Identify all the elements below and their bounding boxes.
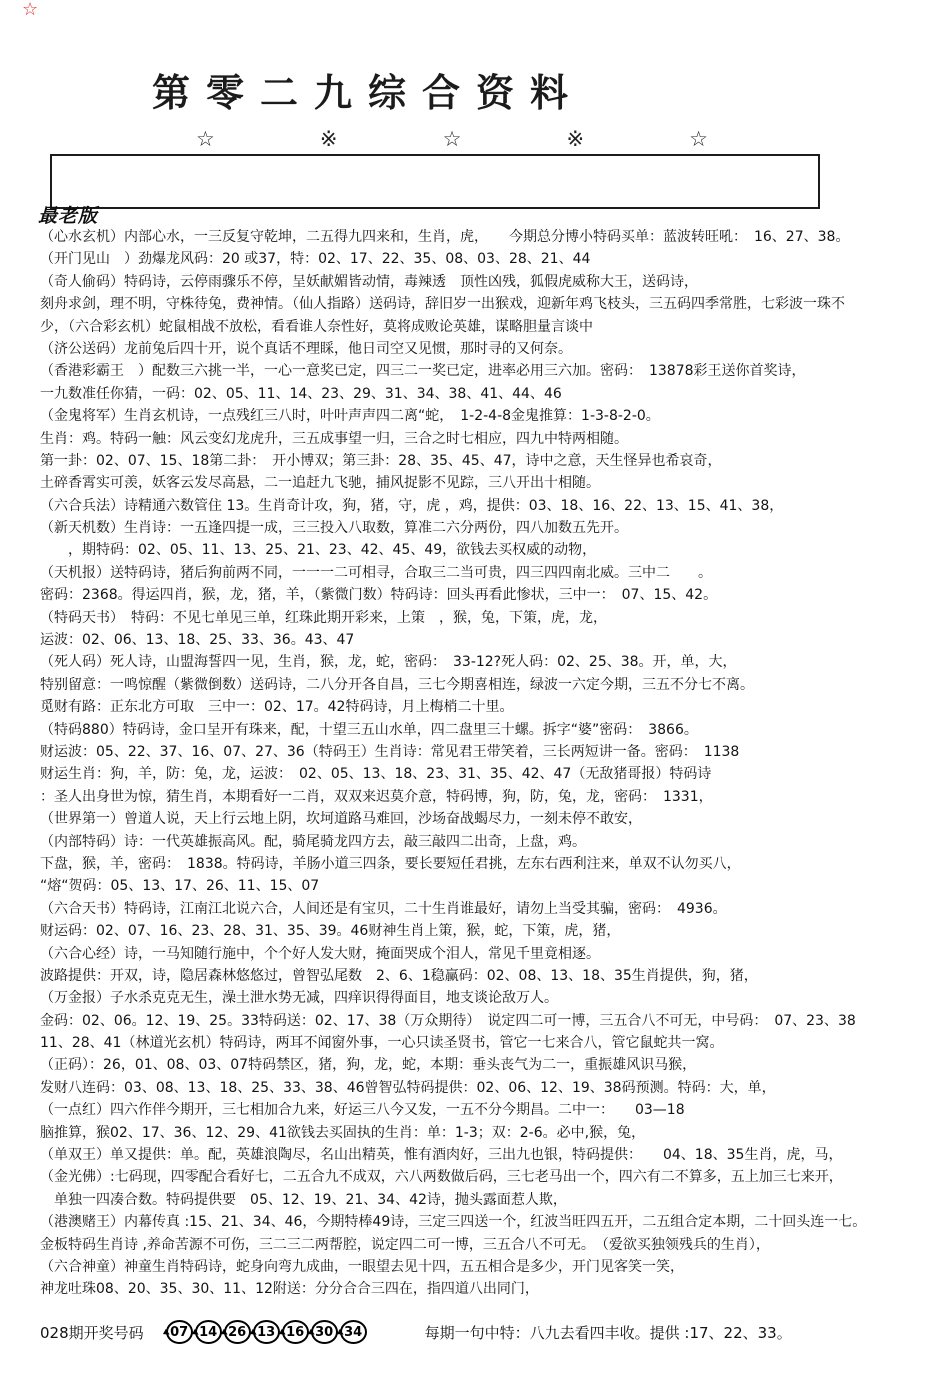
corner-star-icon: ☆ (22, 1, 38, 19)
text-line: 波路提供：开双，诗，隐居森林悠悠过，曾智弘尾数 2、6、1稳赢码：02、08、1… (40, 965, 948, 987)
body-text: （心水玄机）内部心水，一三反复守乾坤，二五得九四来和，生肖，虎， 今期总分博小特… (0, 226, 948, 1301)
text-line: 脑推算，猴02、17、36、12、29、41欲钱去买固执的生肖：单：1-3；双：… (40, 1122, 948, 1144)
draw-number-badge: 34 (340, 1320, 367, 1344)
notice-box (50, 154, 820, 209)
text-line: （死人码）死人诗，山盟海誓四一见，生肖，猴，龙，蛇，密码： 33-12?死人码：… (40, 651, 948, 673)
text-line: （新天机数）生肖诗：一五逢四提一成，三三投入八取数，算准二六分两份，四八加数五先… (40, 517, 948, 539)
text-line: （天机报）送特码诗，猪后狗前两不同，一一一二可相寻，合取三二当可贵，四三四四南北… (40, 562, 948, 584)
star-icon: ☆ (443, 129, 462, 150)
text-line: 生肖：鸡。特码一触：风云变幻龙虎升，三五成事望一归，三合之时七相应，四九中特两相… (40, 428, 948, 450)
text-line: 神龙吐珠08、20、35、30、11、12附送：分分合合三四在，指四道八出同门， (40, 1278, 948, 1300)
document-page: ☆ 第零二九综合资料 ☆※☆※☆ 最老版 （心水玄机）内部心水，一三反复守乾坤，… (0, 0, 948, 1388)
text-line: 单独一四凑合数。特码提供要 05、12、19、21、34、42诗，抛头露面惹人欺… (40, 1189, 948, 1211)
text-line: ：圣人出身世为惊，猜生肖，本期看好一二肖，双双来迟莫介意，特码博，狗，防，兔，龙… (40, 786, 948, 808)
text-line: ，期特码：02、05、11、13、25、21、23、42、45、49，欲钱去买权… (40, 539, 948, 561)
text-line: （内部特码）诗：一代英雄振高风。配，骑尾骑龙四方去，敲三敲四二出奇，上盘，鸡。 (40, 831, 948, 853)
page-title: 第零二九综合资料 (152, 62, 584, 117)
text-line: （一点红）四六作伴今期开，三七相加合九来，好运三八今又发，一五不分今期昌。二中一… (40, 1099, 948, 1121)
text-line: （香港彩霸王 ）配数三六挑一半，一心一意奖已定，四三二一奖已定，进率必用三六加。… (40, 360, 948, 382)
draw-number-badge: 30 (311, 1320, 338, 1344)
text-line: 少，（六合彩玄机）蛇鼠相战不放松，看看谁人奈性好，莫将成败论英雄，谋略胆量言谈中 (40, 316, 948, 338)
text-line: （正码）：26，01、08、03、07特码禁区，猪，狗，龙，蛇，本期：垂头丧气为… (40, 1054, 948, 1076)
text-line: 一九数准任你猜，一码：02、05、11、14、23、29、31、34、38、41… (40, 383, 948, 405)
text-line: 财运波：05、22、37、16、07、27、36（特码王）生肖诗：常见君王带笑着… (40, 741, 948, 763)
text-line: 金码：02、06。12、19、25。33特码送：02、17、38（万众期待） 说… (40, 1010, 948, 1032)
draw-number-badge: 26 (224, 1320, 251, 1344)
text-line: 11、28、41（林道光玄机）特码诗，两耳不闻窗外事，一心只读圣贤书，管它一七来… (40, 1032, 948, 1054)
text-line: 密码：2368。得运四肖，猴，龙，猪，羊，（紫微门数）特码诗：回头再看此惨状，三… (40, 584, 948, 606)
section-heading: 最老版 (38, 201, 98, 228)
draw-number-badge: 07 (166, 1320, 193, 1344)
star-icon: ☆ (196, 129, 215, 150)
text-line: 土碎香霄实可羡，妖客云发尽高悬，二一追赶九飞驰，捕风捉影不见踪，三八开出十相随。 (40, 472, 948, 494)
text-line: 刻舟求剑，理不明，守株待兔，费神情。（仙人指路）送码诗，辞旧岁一出猴戏，迎新年鸡… (40, 293, 948, 315)
draw-numbers: 07142613163034 (166, 1320, 369, 1344)
text-line: （特码天书） 特码：不见七单见三单，红珠此期开彩来，上策 ，猴，兔，下策，虎，龙… (40, 607, 948, 629)
text-line: （六合神童）神童生肖特码诗，蛇身向弯九成曲，一眼望去见十四，五五相合是多少，开门… (40, 1256, 948, 1278)
text-line: （特码880）特码诗，金口呈开有珠来，配，十望三五山水单，四二盘里三十螺。拆字“… (40, 719, 948, 741)
text-line: （港澳赌王）内幕传真 :15、21、34、46，今期特棒49诗，三定三四送一个，… (40, 1211, 948, 1233)
star-icon: ☆ (689, 129, 708, 150)
reference-mark-icon: ※ (320, 129, 338, 150)
text-line: “熔“贺码：05、13、17、26、11、15、07 (40, 875, 948, 897)
draw-number-badge: 13 (253, 1320, 280, 1344)
text-line: 觅财有路：正东北方可取 三中一：02、17。42特码诗，月上梅梢二十里。 (40, 696, 948, 718)
text-line: （奇人偷码）特码诗，云停雨骤乐不停，呈妖献媚皆动情，毒辣透 顶性凶残，狐假虎威称… (40, 271, 948, 293)
text-line: 特别留意：一鸣惊醒（紫微倒数）送码诗，二八分开各自昌，三七今期喜相连，绿波一六定… (40, 674, 948, 696)
text-line: （世界第一）曾道人说，天上行云地上阴，坎坷道路马难回，沙场奋战蝎尽力，一刻未停不… (40, 808, 948, 830)
text-line: （金光佛）:七码现，四零配合看好七，二五合九不成双，六八两数做后码，三七老马出一… (40, 1166, 948, 1188)
draw-number-badge: 16 (282, 1320, 309, 1344)
reference-mark-icon: ※ (566, 129, 584, 150)
text-line: （六合天书）特码诗，江南江北说六合，人间还是有宝贝，二十生肖谁最好，请勿上当受其… (40, 898, 948, 920)
text-line: 财运码：02、07、16、23、28、31、35、39。46财神生肖上策，猴，蛇… (40, 920, 948, 942)
text-line: （开门见山 ）劲爆龙风码：20 或37，特：02、17、22、35、08、03、… (40, 248, 948, 270)
text-line: 发财八连码：03、08、13、18、25、33、38、46曾智弘特码提供：02、… (40, 1077, 948, 1099)
text-line: （六合心经）诗，一马知随行施中，个个好人发大财，掩面哭成个泪人，常见千里竟相逐。 (40, 943, 948, 965)
text-line: （万金报）子水杀克克无生，澡土泄水势无减，四痒识得得面目，地支谈论敌万人。 (40, 987, 948, 1009)
draw-result-label: 028期开奖号码 (40, 1322, 144, 1343)
decor-symbol-row: ☆※☆※☆ (196, 129, 708, 150)
text-line: （心水玄机）内部心水，一三反复守乾坤，二五得九四来和，生肖，虎， 今期总分博小特… (40, 226, 948, 248)
text-line: （六合兵法）诗精通六数管住 13。生肖奇计攻，狗，猪，守，虎 ，鸡，提供：03、… (40, 495, 948, 517)
text-line: 下盘，猴，羊，密码： 1838。特码诗，羊肠小道三四条，要长要短任君挑，左东右西… (40, 853, 948, 875)
text-line: 第一卦：02、07、15、18第二卦： 开小博双；第三卦：28、35、45、47… (40, 450, 948, 472)
text-line: 金板特码生肖诗 ,养命苦源不可伤，三二三二两帮腔，说定四二可一博，三五合八不可无… (40, 1234, 948, 1256)
text-line: （单双王）单又提供：单。配，英雄浪陶尽，名山出精英，惟有酒肉好，三出九也银，特码… (40, 1144, 948, 1166)
draw-note: 每期一句中特：八九去看四丰收。提供 :17、22、33。 (425, 1322, 792, 1343)
text-line: 运波：02、06、13、18、25、33、36。43、47 (40, 629, 948, 651)
text-line: （金鬼将军）生肖玄机诗，一点残红三八时，叶叶声声四二离“蛇， 1-2-4-8金鬼… (40, 405, 948, 427)
draw-result-row: 028期开奖号码 07142613163034 每期一句中特：八九去看四丰收。提… (40, 1320, 948, 1344)
text-line: （济公送码）龙前兔后四十开，说个真话不理睬，他日司空又见惯，那时寻的又何奈。 (40, 338, 948, 360)
text-line: 财运生肖：狗，羊，防：兔，龙，运波： 02、05、13、18、23、31、35、… (40, 763, 948, 785)
draw-number-badge: 14 (195, 1320, 222, 1344)
